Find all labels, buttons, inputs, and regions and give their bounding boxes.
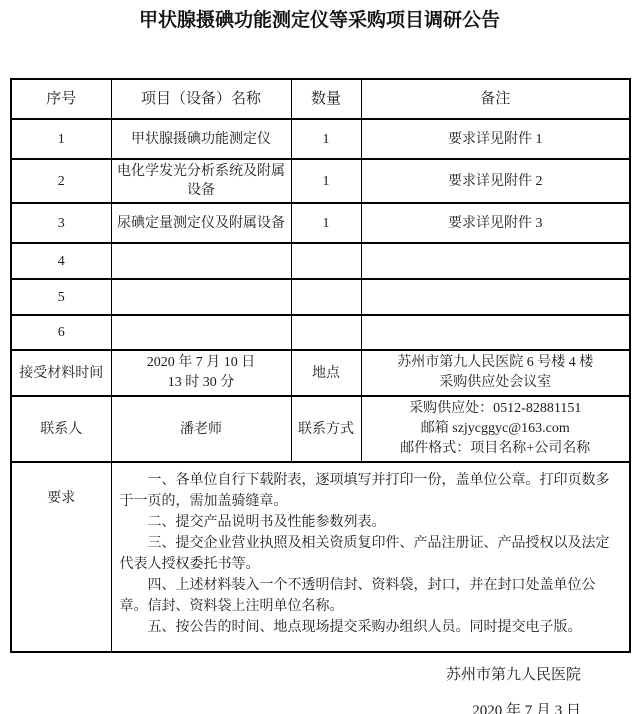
header-qty: 数量 bbox=[291, 79, 361, 119]
contact-email-format: 邮件格式：项目名称+公司名称 bbox=[366, 439, 626, 459]
item-remark bbox=[361, 279, 630, 315]
item-name: 甲状腺摄碘功能测定仪 bbox=[111, 119, 291, 159]
item-qty: 1 bbox=[291, 119, 361, 159]
item-no: 3 bbox=[11, 203, 111, 243]
item-name bbox=[111, 315, 291, 350]
time-value-line2: 13 时 30 分 bbox=[116, 373, 287, 393]
page-title: 甲状腺摄碘功能测定仪等采购项目调研公告 bbox=[0, 0, 639, 34]
item-qty bbox=[291, 243, 361, 279]
requirements-label: 要求 bbox=[11, 462, 111, 652]
item-qty bbox=[291, 315, 361, 350]
item-name bbox=[111, 279, 291, 315]
requirements-row: 要求 一、各单位自行下载附表，逐项填写并打印一份，盖单位公章。打印页数多于一页的… bbox=[11, 462, 630, 652]
contact-person-label: 联系人 bbox=[11, 396, 111, 462]
requirement-item-3: 三、提交企业营业执照及相关资质复印件、产品注册证、产品授权以及法定代表人授权委托… bbox=[120, 533, 622, 575]
schedule-row: 接受材料时间 2020 年 7 月 10 日 13 时 30 分 地点 苏州市第… bbox=[11, 350, 630, 396]
item-remark: 要求详见附件 3 bbox=[361, 203, 630, 243]
item-no: 6 bbox=[11, 315, 111, 350]
table-row: 6 bbox=[11, 315, 630, 350]
place-value: 苏州市第九人民医院 6 号楼 4 楼 采购供应处会议室 bbox=[361, 350, 630, 396]
table-row: 2 电化学发光分析系统及附属设备 1 要求详见附件 2 bbox=[11, 159, 630, 203]
item-remark: 要求详见附件 1 bbox=[361, 119, 630, 159]
item-no: 4 bbox=[11, 243, 111, 279]
time-value-line1: 2020 年 7 月 10 日 bbox=[116, 353, 287, 373]
requirement-item-2: 二、提交产品说明书及性能参数列表。 bbox=[120, 512, 622, 533]
item-remark: 要求详见附件 2 bbox=[361, 159, 630, 203]
item-remark bbox=[361, 315, 630, 350]
item-remark bbox=[361, 243, 630, 279]
table-header-row: 序号 项目（设备）名称 数量 备注 bbox=[11, 79, 630, 119]
item-name: 电化学发光分析系统及附属设备 bbox=[111, 159, 291, 203]
item-no: 2 bbox=[11, 159, 111, 203]
issuing-organization: 苏州市第九人民医院 bbox=[0, 664, 581, 686]
contact-phone: 采购供应处：0512-82881151 bbox=[366, 399, 626, 419]
signature-block: 苏州市第九人民医院 2020 年 7 月 3 日 bbox=[0, 664, 639, 714]
table-row: 3 尿碘定量测定仪及附属设备 1 要求详见附件 3 bbox=[11, 203, 630, 243]
contact-method-label: 联系方式 bbox=[291, 396, 361, 462]
announcement-document: 甲状腺摄碘功能测定仪等采购项目调研公告 序号 项目（设备）名称 数量 备注 1 … bbox=[0, 0, 639, 714]
requirements-body: 一、各单位自行下载附表，逐项填写并打印一份，盖单位公章。打印页数多于一页的，需加… bbox=[111, 462, 630, 652]
contact-row: 联系人 潘老师 联系方式 采购供应处：0512-82881151 邮箱 szjy… bbox=[11, 396, 630, 462]
place-label: 地点 bbox=[291, 350, 361, 396]
item-name bbox=[111, 243, 291, 279]
item-qty: 1 bbox=[291, 203, 361, 243]
table-row: 5 bbox=[11, 279, 630, 315]
requirement-item-1: 一、各单位自行下载附表，逐项填写并打印一份，盖单位公章。打印页数多于一页的，需加… bbox=[120, 470, 622, 512]
header-name: 项目（设备）名称 bbox=[111, 79, 291, 119]
time-label: 接受材料时间 bbox=[11, 350, 111, 396]
item-name: 尿碘定量测定仪及附属设备 bbox=[111, 203, 291, 243]
procurement-table: 序号 项目（设备）名称 数量 备注 1 甲状腺摄碘功能测定仪 1 要求详见附件 … bbox=[10, 78, 631, 653]
item-qty: 1 bbox=[291, 159, 361, 203]
item-qty bbox=[291, 279, 361, 315]
issue-date: 2020 年 7 月 3 日 bbox=[0, 700, 581, 714]
requirement-item-4: 四、上述材料装入一个不透明信封、资料袋，封口，并在封口处盖单位公章。信封、资料袋… bbox=[120, 575, 622, 617]
requirement-item-5: 五、按公告的时间、地点现场提交采购办组织人员。同时提交电子版。 bbox=[120, 617, 622, 638]
contact-email: 邮箱 szjycggyc@163.com bbox=[366, 419, 626, 439]
item-no: 5 bbox=[11, 279, 111, 315]
place-value-line1: 苏州市第九人民医院 6 号楼 4 楼 bbox=[366, 353, 626, 373]
contact-method-value: 采购供应处：0512-82881151 邮箱 szjycggyc@163.com… bbox=[361, 396, 630, 462]
contact-person-value: 潘老师 bbox=[111, 396, 291, 462]
table-row: 1 甲状腺摄碘功能测定仪 1 要求详见附件 1 bbox=[11, 119, 630, 159]
item-no: 1 bbox=[11, 119, 111, 159]
header-remark: 备注 bbox=[361, 79, 630, 119]
time-value: 2020 年 7 月 10 日 13 时 30 分 bbox=[111, 350, 291, 396]
table-row: 4 bbox=[11, 243, 630, 279]
place-value-line2: 采购供应处会议室 bbox=[366, 373, 626, 393]
header-no: 序号 bbox=[11, 79, 111, 119]
